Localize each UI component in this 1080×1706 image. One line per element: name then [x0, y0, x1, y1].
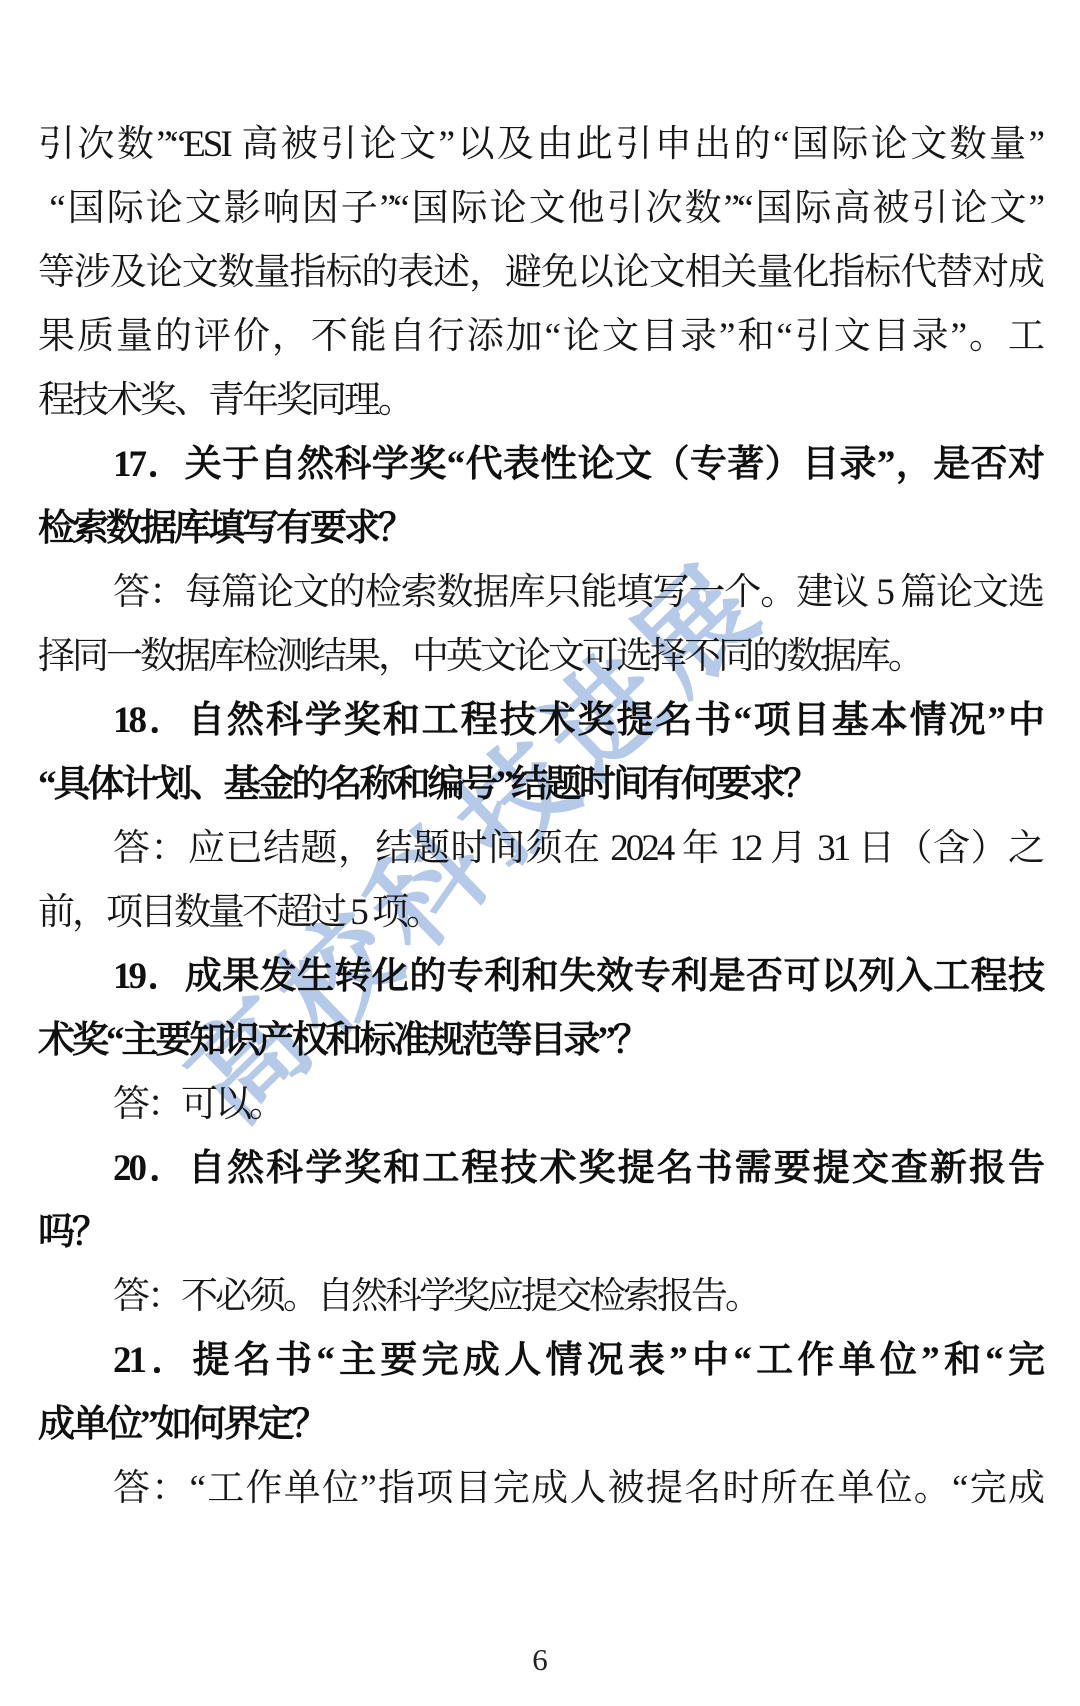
text-line: 等涉及论文数量指标的表述，避免以论文相关量化指标代替对成 — [38, 241, 1042, 305]
question-heading: 19．成果发生转化的专利和失效专利是否可以列入工程技 — [38, 945, 1042, 1009]
question-heading: “具体计划、基金的名称和编号”结题时间有何要求？ — [38, 753, 1042, 817]
page-number: 6 — [0, 1638, 1080, 1682]
question-heading: 20．自然科学奖和工程技术奖提名书需要提交查新报告 — [38, 1137, 1042, 1201]
text-line: “国际论文影响因子”“国际论文他引次数”“国际高被引论文” — [38, 177, 1042, 241]
answer-line: 答：“工作单位”指项目完成人被提名时所在单位。“完成 — [38, 1457, 1042, 1521]
question-heading: 17．关于自然科学奖“代表性论文（专著）目录”，是否对 — [38, 433, 1042, 497]
question-heading: 21．提名书“主要完成人情况表”中“工作单位”和“完 — [38, 1329, 1042, 1393]
question-heading: 检索数据库填写有要求？ — [38, 497, 1042, 561]
answer-line: 答：可以。 — [38, 1073, 1042, 1137]
text-line: 果质量的评价，不能自行添加“论文目录”和“引文目录”。工 — [38, 305, 1042, 369]
text-line: 引次数”“ESI 高被引论文”以及由此引申出的“国际论文数量” — [38, 113, 1042, 177]
answer-line: 答：应已结题，结题时间须在 2024 年 12 月 31 日（含）之 — [38, 817, 1042, 881]
answer-line: 答：每篇论文的检索数据库只能填写一个。建议 5 篇论文选 — [38, 561, 1042, 625]
text-line: 程技术奖、青年奖同理。 — [38, 369, 1042, 433]
question-heading: 18．自然科学奖和工程技术奖提名书“项目基本情况”中 — [38, 689, 1042, 753]
question-heading: 术奖“主要知识产权和标准规范等目录”？ — [38, 1009, 1042, 1073]
question-heading: 成单位”如何界定？ — [38, 1393, 1042, 1457]
question-heading: 吗？ — [38, 1201, 1042, 1265]
answer-line: 答：不必须。自然科学奖应提交检索报告。 — [38, 1265, 1042, 1329]
answer-line: 择同一数据库检测结果，中英文论文可选择不同的数据库。 — [38, 625, 1042, 689]
document-page: 高校科技进展 引次数”“ESI 高被引论文”以及由此引申出的“国际论文数量” “… — [0, 0, 1080, 1706]
answer-line: 前，项目数量不超过 5 项。 — [38, 881, 1042, 945]
document-text-block: 引次数”“ESI 高被引论文”以及由此引申出的“国际论文数量” “国际论文影响因… — [38, 113, 1042, 1521]
